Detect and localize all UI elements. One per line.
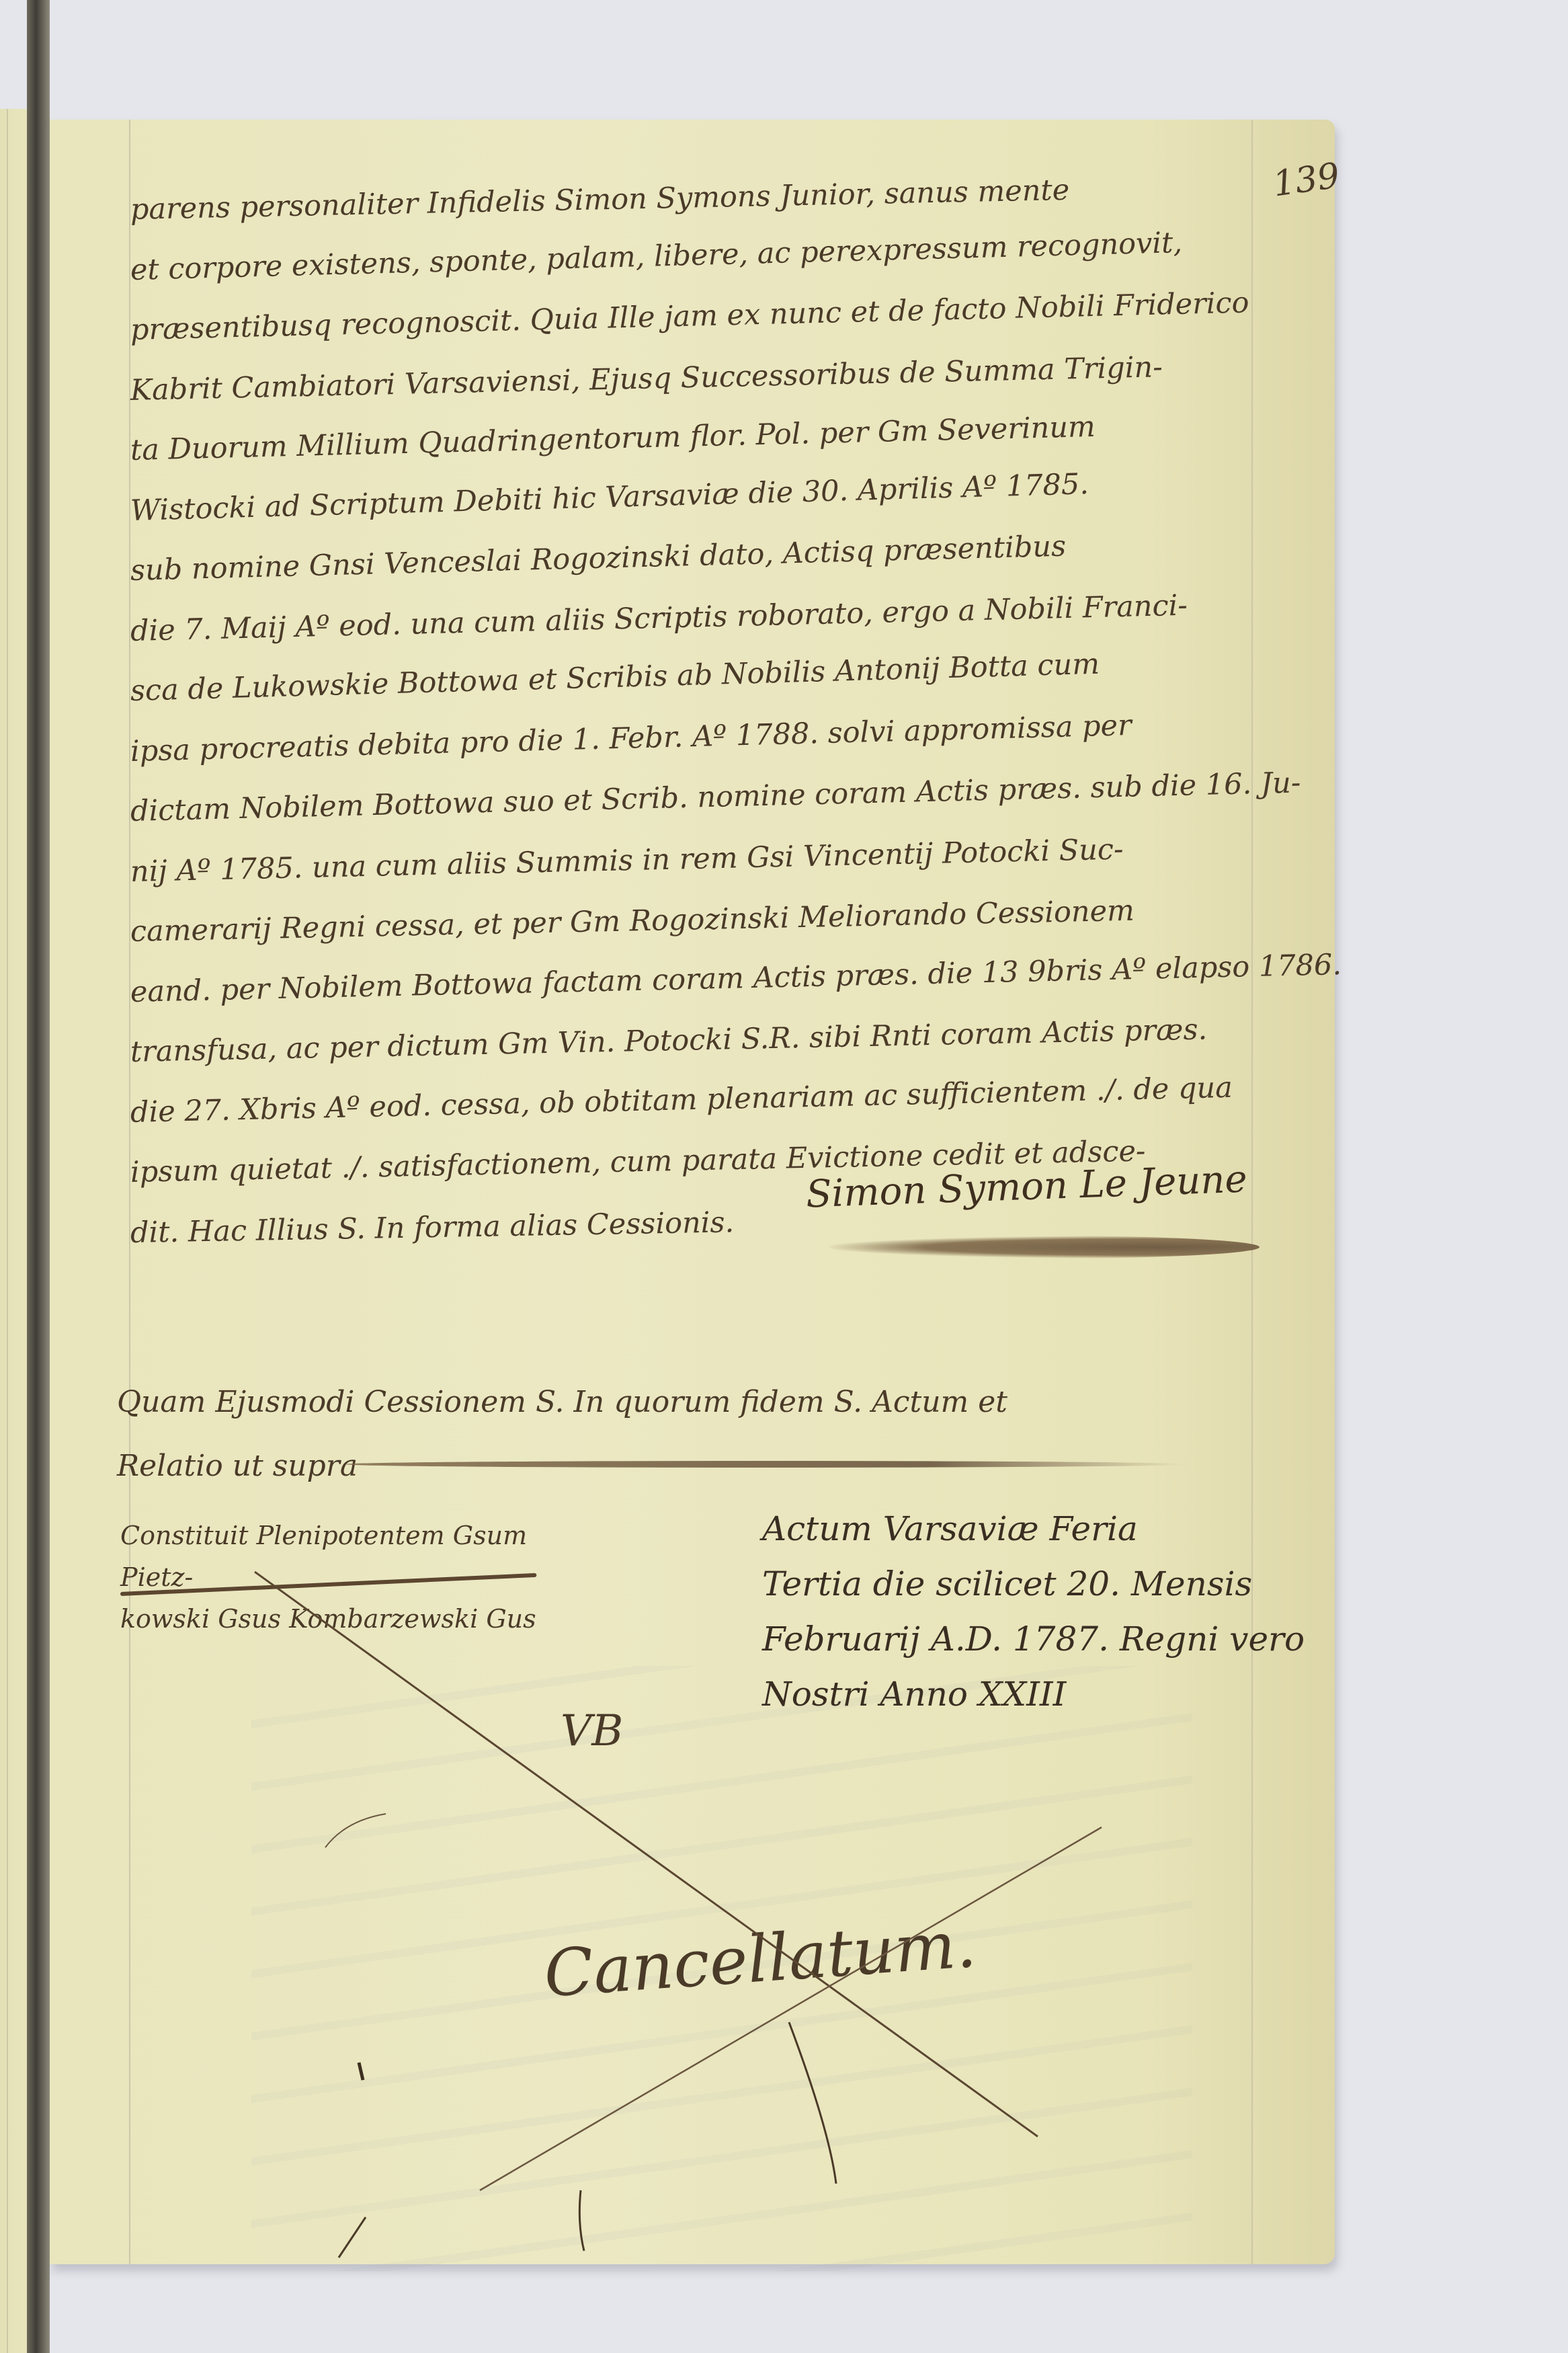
manuscript-page: 139 parens personaliter Infidelis Simon … xyxy=(50,120,1335,2264)
cancellation-cross-icon xyxy=(50,120,1335,2264)
facing-page-rule xyxy=(7,109,8,2353)
book-gutter xyxy=(27,0,50,2353)
facing-page-edge xyxy=(0,109,27,2353)
